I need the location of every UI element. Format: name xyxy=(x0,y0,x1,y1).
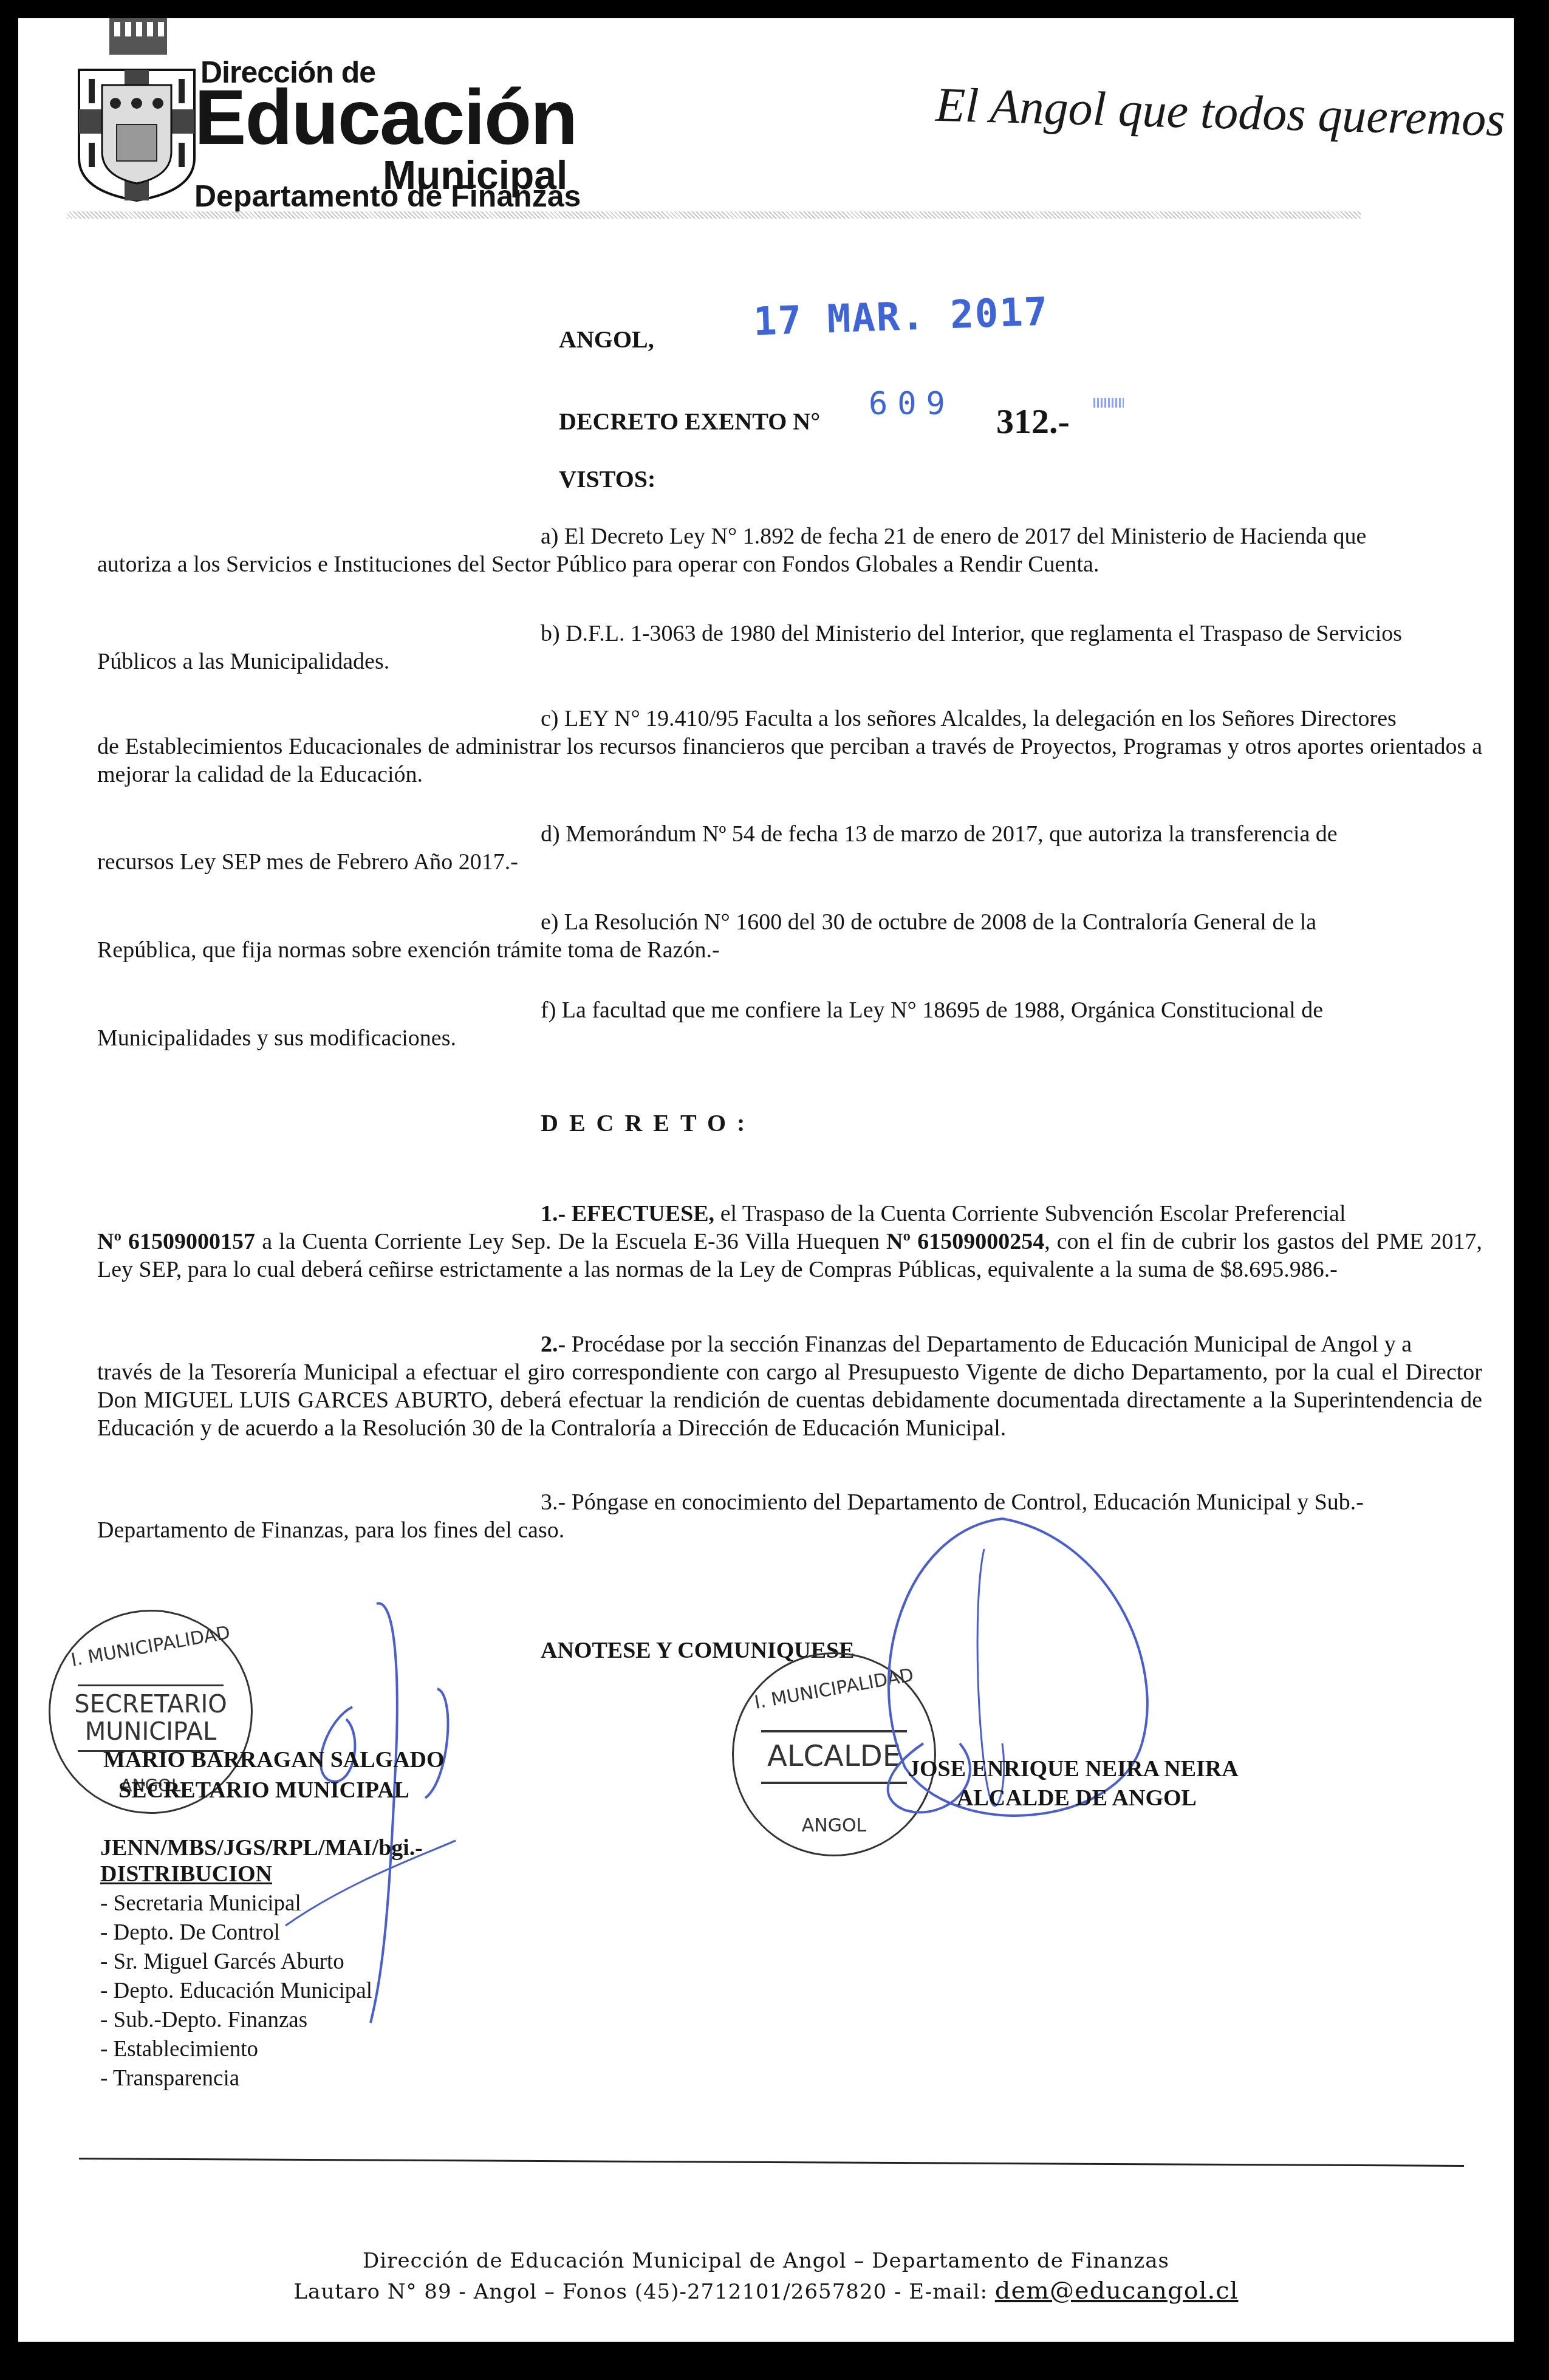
footer-organization: Dirección de Educación Municipal de Ango… xyxy=(18,2249,1514,2273)
date-stamp: 17 MAR. 2017 xyxy=(753,290,1050,345)
visto-c: c) LEY N° 19.410/95 Faculta a los señore… xyxy=(97,705,1482,788)
decree-number: 312.- xyxy=(996,401,1070,442)
alcalde-title: ALCALDE DE ANGOL xyxy=(957,1785,1197,1811)
header-department: Departamento de Finanzas xyxy=(194,181,581,211)
distribution-item: - Transparencia xyxy=(100,2064,372,2093)
decreto-item-1: 1.- EFECTUESE, el Traspaso de la Cuenta … xyxy=(97,1200,1482,1284)
secretario-name: MARIO BARRAGAN SALGADO xyxy=(103,1746,445,1773)
visto-f: f) La facultad que me confiere la Ley N°… xyxy=(97,996,1482,1052)
document-page: Dirección de Educación Municipal Departa… xyxy=(18,18,1514,2342)
distribution-item: - Establecimiento xyxy=(100,2035,372,2064)
header-divider xyxy=(67,211,1361,219)
distribution-list: - Secretaria Municipal - Depto. De Contr… xyxy=(100,1889,372,2093)
number-stamp: 609 xyxy=(869,386,955,422)
header-title: Educación xyxy=(194,79,576,157)
decree-label: DECRETO EXENTO N° xyxy=(559,407,820,436)
distribution-item: - Secretaria Municipal xyxy=(100,1889,372,1918)
secretario-title: SECRETARIO MUNICIPAL xyxy=(118,1777,409,1804)
municipal-crest-icon xyxy=(67,18,207,203)
place-label: ANGOL, xyxy=(559,325,654,354)
visto-a: a) El Decreto Ley N° 1.892 de fecha 21 d… xyxy=(97,522,1482,578)
stamp-mark-icon xyxy=(1093,398,1124,408)
visto-d: d) Memorándum Nº 54 de fecha 13 de marzo… xyxy=(97,820,1482,876)
decreto-title: DECRETO: xyxy=(541,1109,756,1137)
email-link[interactable]: dem@educangol.cl xyxy=(995,2277,1239,2305)
decreto-item-3: 3.- Póngase en conocimiento del Departam… xyxy=(97,1488,1482,1544)
footer-contact: Lautaro N° 89 - Angol – Fonos (45)-27121… xyxy=(18,2277,1514,2305)
distribution-item: - Depto. Educación Municipal xyxy=(100,1977,372,2006)
reference-initials: JENN/MBS/JGS/RPL/MAI/bgi.- xyxy=(100,1835,423,1861)
header-motto: El Angol que todos queremos xyxy=(935,78,1506,148)
distribution-item: - Sr. Miguel Garcés Aburto xyxy=(100,1947,372,1977)
alcalde-name: JOSE ENRIQUE NEIRA NEIRA xyxy=(908,1756,1239,1782)
distribution-item: - Sub.-Depto. Finanzas xyxy=(100,2006,372,2035)
distribution-item: - Depto. De Control xyxy=(100,1918,372,1947)
vistos-label: VISTOS: xyxy=(559,465,655,493)
visto-b: b) D.F.L. 1-3063 de 1980 del Ministerio … xyxy=(97,620,1482,675)
distribution-title: DISTRIBUCION xyxy=(100,1861,272,1887)
decreto-item-2: 2.- Procédase por la sección Finanzas de… xyxy=(97,1330,1482,1442)
footer-divider xyxy=(79,2158,1464,2167)
visto-e: e) La Resolución N° 1600 del 30 de octub… xyxy=(97,908,1482,964)
